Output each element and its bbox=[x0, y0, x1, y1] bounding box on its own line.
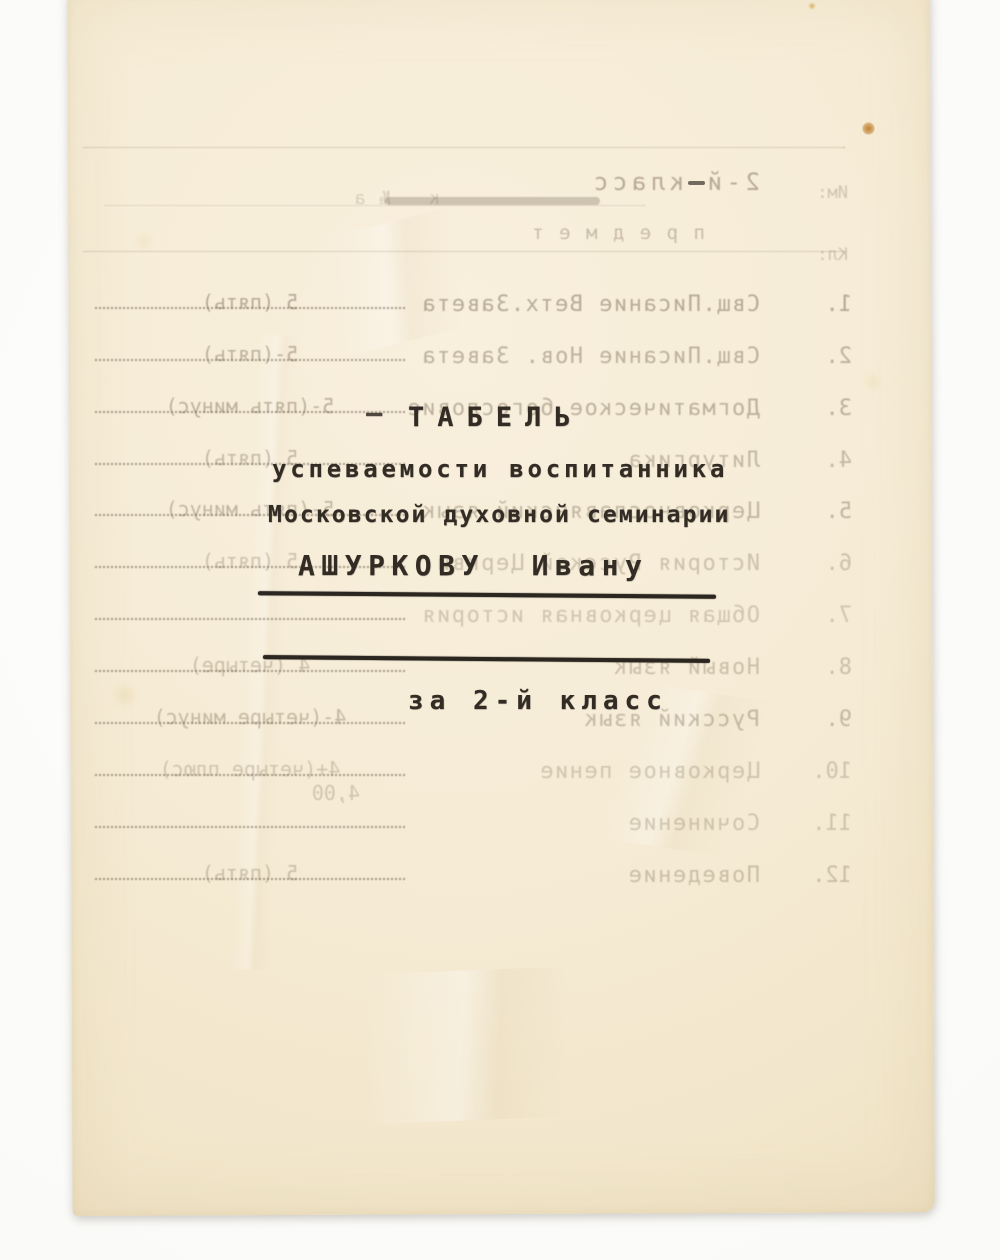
student-name: АШУРКОВУ Ивану bbox=[298, 549, 648, 582]
ink-dash-mark: — bbox=[366, 398, 382, 429]
underline-rule bbox=[263, 655, 710, 663]
underline-rule bbox=[258, 591, 716, 599]
bleed-hyphen-mark bbox=[688, 181, 705, 185]
document-title: ТАБЕЛЬ bbox=[408, 402, 584, 433]
typed-text-layer: — ТАБЕЛЬ успеваемости воспитанника Моско… bbox=[0, 0, 1000, 1260]
period-line: за 2-й класс bbox=[408, 686, 668, 716]
document-subtitle-2: Московской духовной семинарии bbox=[268, 502, 730, 528]
document-subtitle-1: успеваемости воспитанника bbox=[272, 455, 728, 483]
